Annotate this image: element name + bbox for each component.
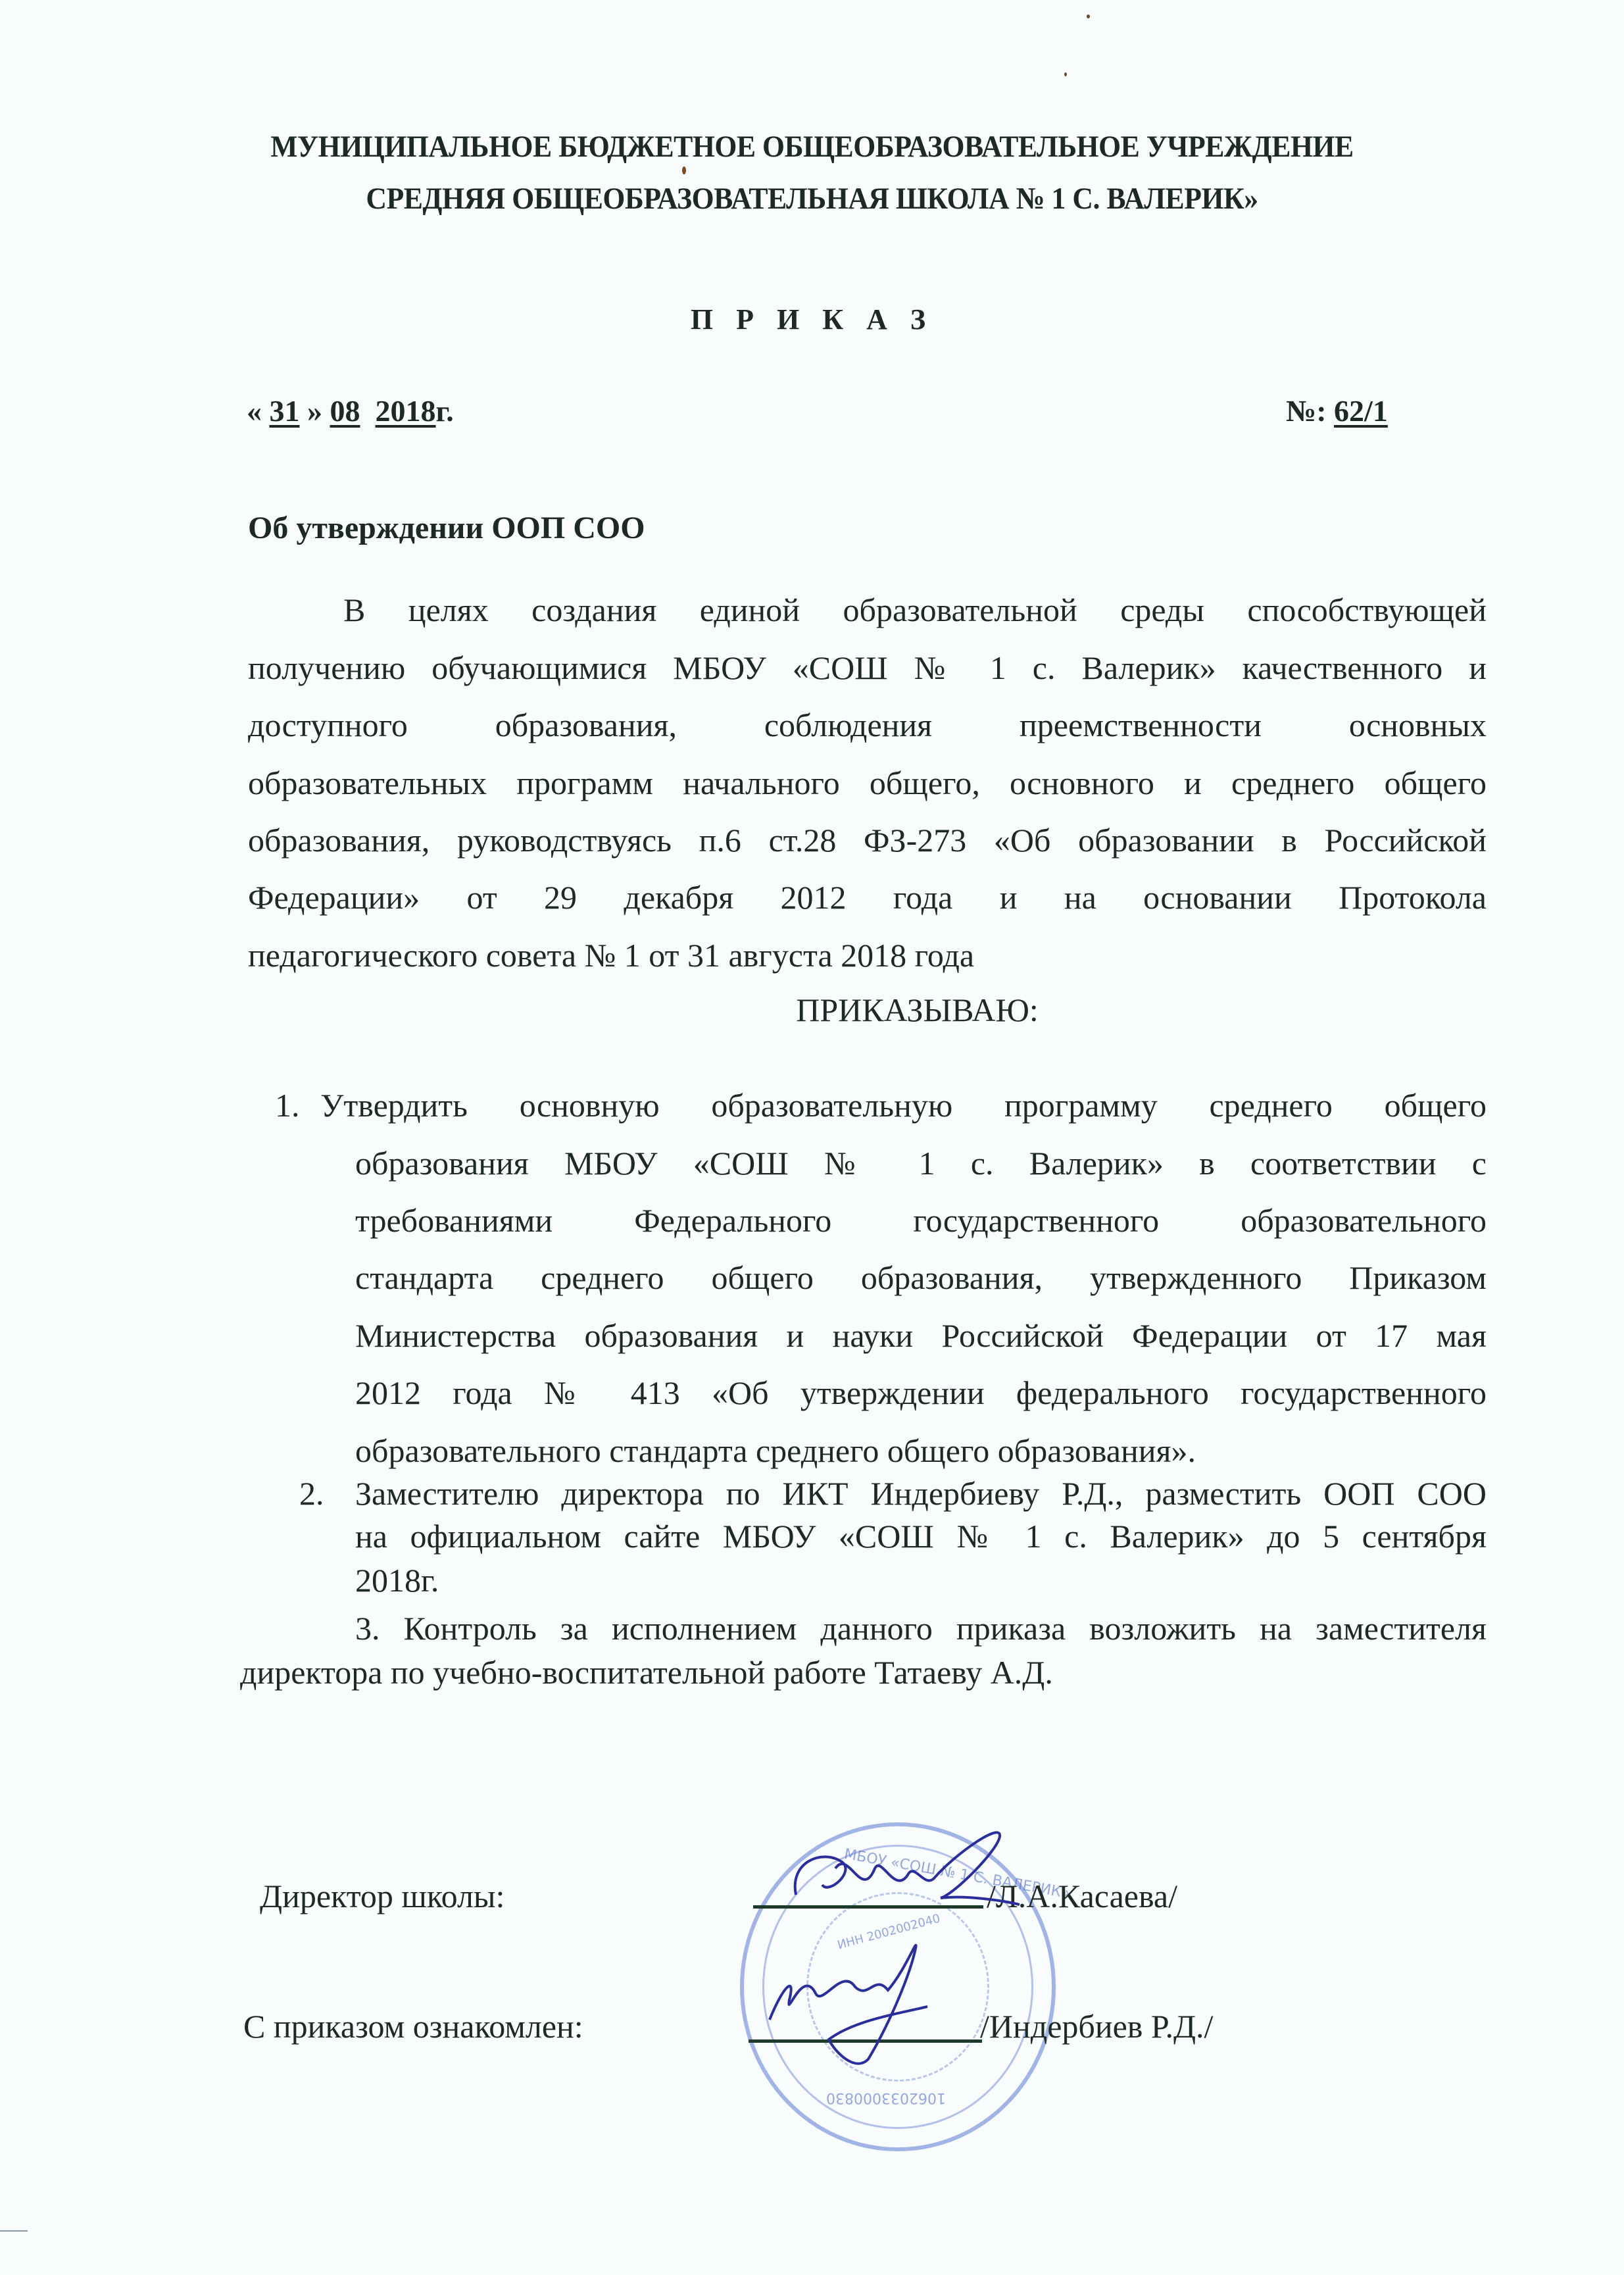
order-number-value: 62/1 [1334,394,1408,428]
item-1-line: образования МБОУ «СОШ № 1 с. Валерик» в … [355,1143,1487,1183]
date-open-quote: « [247,394,262,428]
order-number: №: 62/1 [1286,393,1408,428]
stamp-ogrn: 1062033000830 [826,2089,946,2106]
item-3-line: 3. Контроль за исполнением данного прика… [355,1609,1487,1648]
acknowledged-signature-icon [756,1928,954,2072]
scan-speck [682,166,686,174]
signature-name-acknowledged: /Индербиев Р.Д./ [980,2007,1213,2046]
institution-name-line1: МУНИЦИПАЛЬНОЕ БЮДЖЕТНОЕ ОБЩЕОБРАЗОВАТЕЛЬ… [57,129,1567,164]
order-number-label: №: [1286,394,1327,428]
item-1-line: 2012 года № 413 «Об утверждении федераль… [355,1373,1487,1412]
preamble-line: образовательных программ начального обще… [248,763,1487,803]
date-close-quote: » [307,394,322,428]
signature-role-director: Директор школы: [260,1876,504,1916]
item-number: 2. [299,1474,324,1513]
order-date: « 31 » 08 2018г. [247,393,454,428]
item-number: 1. [275,1086,300,1125]
item-2-line: на официальном сайте МБОУ «СОШ № 1 с. Ва… [355,1516,1487,1556]
institution-name-line2: СРЕДНЯЯ ОБЩЕОБРАЗОВАТЕЛЬНАЯ ШКОЛА № 1 С.… [57,181,1567,216]
item-1-line: Министерства образования и науки Российс… [355,1316,1487,1355]
item-2-line: Заместителю директора по ИКТ Индербиеву … [355,1474,1487,1513]
scan-speck [1064,72,1067,76]
item-2-line: 2018г. [355,1561,439,1600]
item-1-line: Утвердить основную образовательную прогр… [320,1086,1487,1125]
preamble-line: образования, руководствуясь п.6 ст.28 ФЗ… [248,820,1487,860]
preamble-line: В целях создания единой образовательной … [343,590,1487,630]
scan-speck [1087,14,1090,18]
signature-role-acknowledged: С приказом ознакомлен: [243,2007,583,2046]
order-directive: ПРИКАЗЫВАЮ: [105,990,1624,1030]
date-day: 31 [270,394,300,428]
date-year: 2018 [376,394,436,428]
preamble-line: доступного образования, соблюдения преем… [248,705,1487,745]
preamble-line: Федерации» от 29 декабря 2012 года и на … [248,878,1487,917]
scan-edge-mark [0,2230,28,2232]
director-signature-icon [783,1822,1033,1914]
preamble-line: педагогического совета № 1 от 31 августа… [248,936,974,975]
preamble-line: получению обучающимися МБОУ «СОШ № 1 с. … [248,648,1487,687]
document-title: П Р И К А З [0,303,1624,336]
item-1-line: стандарта среднего общего образования, у… [355,1258,1487,1297]
date-month: 08 [330,394,360,428]
item-3-line: директора по учебно-воспитательной работ… [240,1653,1053,1692]
item-1-line: образовательного стандарта среднего обще… [355,1431,1196,1470]
document-page: МУНИЦИПАЛЬНОЕ БЮДЖЕТНОЕ ОБЩЕОБРАЗОВАТЕЛЬ… [0,0,1624,2275]
order-subject: Об утверждении ООП СОО [248,510,645,546]
item-1-line: требованиями Федерального государственно… [355,1201,1487,1240]
date-year-suffix: г. [436,394,454,428]
